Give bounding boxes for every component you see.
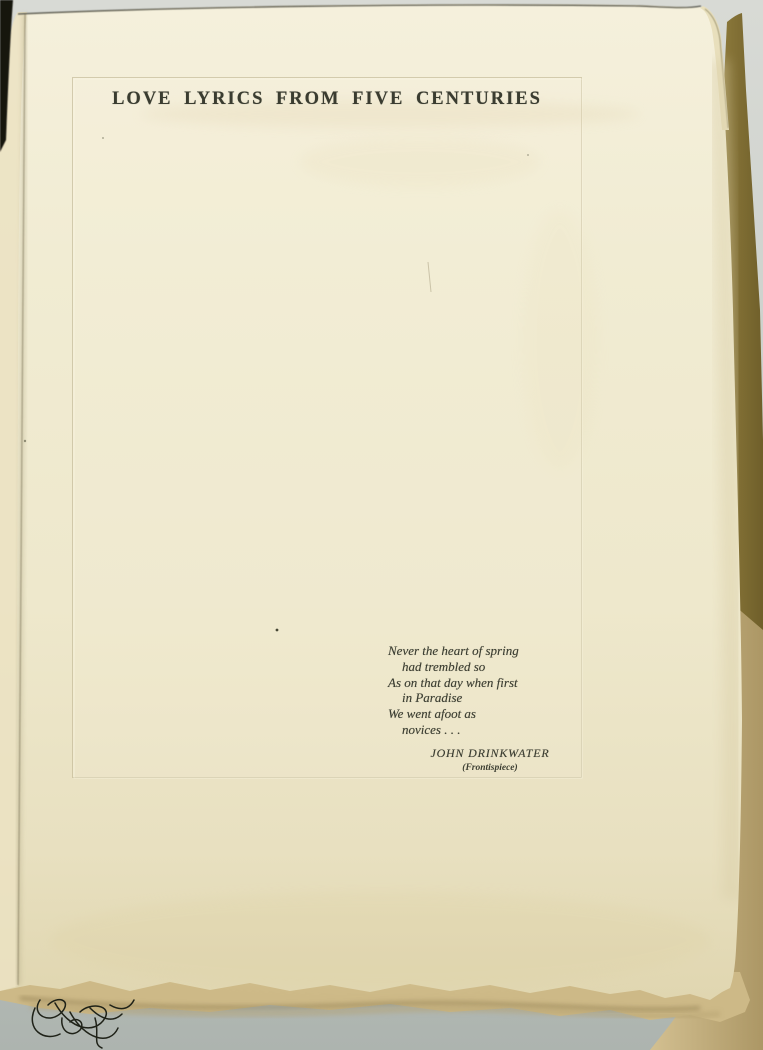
- paper-stain: [300, 137, 540, 187]
- poem-line: novices . . .: [402, 722, 519, 738]
- poem-line: Never the heart of spring: [388, 643, 519, 659]
- poem-line: in Paradise: [402, 690, 519, 706]
- poem-line: had trembled so: [402, 659, 519, 675]
- frontispiece-caption: (Frontispiece): [430, 763, 550, 773]
- paper-speck: [276, 629, 279, 632]
- poem-line: We went afoot as: [388, 706, 519, 722]
- poem-attribution: JOHN DRINKWATER: [430, 746, 550, 761]
- paper-speck: [102, 137, 104, 139]
- poem-quote: Never the heart of spring had trembled s…: [388, 643, 519, 738]
- photo-illustration: [0, 0, 763, 1050]
- book-photo: LOVE LYRICS FROM FIVE CENTURIES Never th…: [0, 0, 763, 1050]
- paper-tint-right: [522, 210, 598, 470]
- paper-speck: [527, 154, 529, 156]
- paper-tint-bottom: [50, 892, 710, 988]
- book-title: LOVE LYRICS FROM FIVE CENTURIES: [72, 89, 582, 110]
- poem-line: As on that day when first: [388, 675, 519, 691]
- paper-speck: [24, 440, 26, 442]
